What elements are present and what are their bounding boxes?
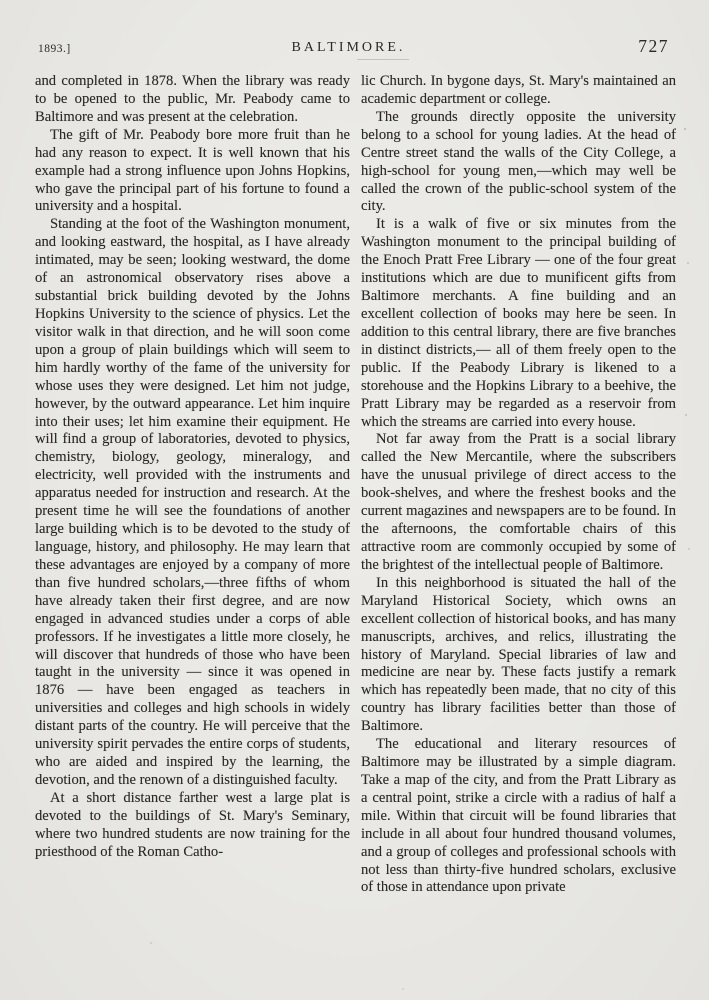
left-column: and completed in 1878. When the library … [35, 73, 350, 897]
paragraph: At a short distance farther west a large… [35, 790, 350, 862]
header-title: BALTIMORE. [35, 40, 662, 56]
paragraph: The educational and literary resources o… [361, 736, 676, 897]
page-header: 1893.] BALTIMORE. 727 [35, 40, 676, 60]
page-number: 727 [638, 36, 669, 57]
paragraph: lic Church. In bygone days, St. Mary's m… [361, 73, 676, 109]
paragraph: In this neighborhood is situated the hal… [361, 575, 676, 736]
right-column: lic Church. In bygone days, St. Mary's m… [361, 73, 676, 897]
paragraph: and completed in 1878. When the library … [35, 73, 350, 127]
paragraph: Standing at the foot of the Washington m… [35, 216, 350, 790]
scanned-page: 1893.] BALTIMORE. 727 and completed in 1… [0, 0, 709, 1000]
paragraph: Not far away from the Pratt is a social … [361, 431, 676, 574]
paragraph: It is a walk of five or six minutes from… [361, 216, 676, 431]
text-columns: and completed in 1878. When the library … [35, 73, 676, 897]
paragraph: The grounds directly opposite the univer… [361, 109, 676, 217]
paragraph: The gift of Mr. Peabody bore more fruit … [35, 127, 350, 217]
